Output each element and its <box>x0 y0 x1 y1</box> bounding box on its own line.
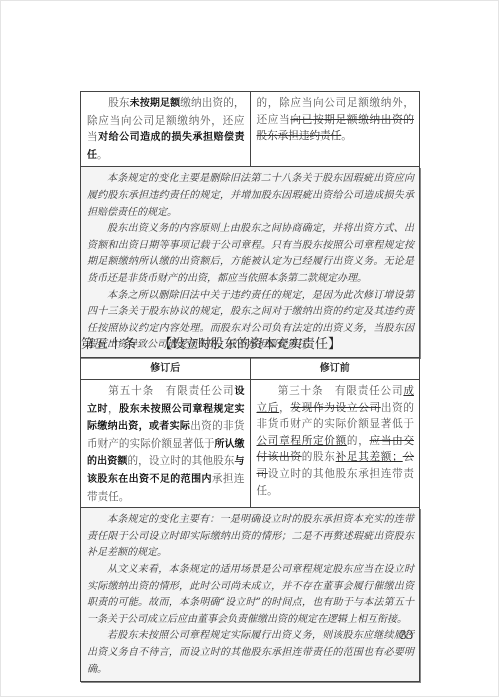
text-run: 第五十条 有限责任公司 <box>108 385 234 397</box>
commentary-box: 本条规定的变化主要是删除旧法第二十八条关于股东因瑕疵出资应向履约股东承担违约责任… <box>80 167 420 358</box>
article-continued-block: 股东未按期足额缴纳出资的，除应当向公司足额缴纳外，还应当对给公司造成的损失承担赔… <box>80 91 420 358</box>
commentary-paragraph: 从文义来看，本条规定的适用场景是公司章程规定股东应当在设立时实际缴纳出资的情形，… <box>87 562 414 628</box>
text-run: 。 <box>341 130 352 142</box>
article-50-block: 修订后 修订前 第五十条 有限责任公司设立时，股东未按照公司章程规定实际缴纳出资… <box>80 357 420 682</box>
comparison-table: 修订后 修订前 第五十条 有限责任公司设立时，股东未按照公司章程规定实际缴纳出资… <box>80 357 420 508</box>
added-text: 未按期足额 <box>130 98 181 109</box>
changed-text: 补足其差额； <box>336 451 403 463</box>
added-text: 对给公司造成的损失承担赔偿责任 <box>87 132 245 161</box>
text-run: ， <box>108 403 119 415</box>
text-run: 股东 <box>108 97 129 109</box>
text-run: 第三十条 有限责任公司 <box>278 385 404 397</box>
text-run: 设立时的其他股东承担连带责任。 <box>257 468 415 497</box>
revised-text-cell: 股东未按期足额缴纳出资的，除应当向公司足额缴纳外，还应当对给公司造成的损失承担赔… <box>81 92 251 167</box>
page-number: 33 <box>400 627 413 643</box>
table-header-row: 修订后 修订前 <box>81 358 420 380</box>
text-run: 的股东 <box>302 451 336 463</box>
commentary-paragraph: 本条规定的变化主要有：一是明确设立时的股东承担资本充实的连带责任限于公司设立时即… <box>87 512 414 562</box>
commentary-paragraph: 本条规定的变化主要是删除旧法第二十八条关于股东因瑕疵出资应向履约股东承担违约责任… <box>87 171 414 221</box>
column-header-revised: 修订后 <box>81 358 251 380</box>
text-run: 的，设立时的其他股东 <box>127 455 234 467</box>
table-row: 第五十条 有限责任公司设立时，股东未按照公司章程规定实际缴纳出资，或者实际出资的… <box>81 380 420 508</box>
article-number: 第五十条 <box>81 337 137 352</box>
table-row: 股东未按期足额缴纳出资的，除应当向公司足额缴纳外，还应当对给公司造成的损失承担赔… <box>81 92 420 167</box>
article-heading: 第五十条【设立时股东的资本充实责任】 <box>81 333 341 352</box>
text-run: 。 <box>97 149 108 161</box>
original-text-cell: 第三十条 有限责任公司成立后，发现作为设立公司出资的非货币财产的实际价额显著低于… <box>250 380 420 508</box>
original-text-cell: 的，除应当向公司足额缴纳外，还应当向已按期足额缴纳出资的股东承担违约责任。 <box>250 92 420 167</box>
changed-text: 公司章程所定价额 <box>257 435 347 447</box>
column-header-original: 修订前 <box>250 358 420 380</box>
deleted-text: 发现作为设立公司 <box>290 402 380 414</box>
text-run: 的， <box>347 435 370 447</box>
commentary-paragraph: 若股东未按照公司章程规定实际履行出资义务，则该股东应继续履行出资义务自不待言，而… <box>87 628 414 678</box>
text-run: ， <box>279 402 290 414</box>
commentary-paragraph: 股东出资义务的内容原则上由股东之间协商确定，并将出资方式、出资额和出资日期等事项… <box>87 221 414 287</box>
commentary-box: 本条规定的变化主要有：一是明确设立时的股东承担资本充实的连带责任限于公司设立时即… <box>80 508 420 682</box>
article-title: 【设立时股东的资本充实责任】 <box>159 337 341 352</box>
comparison-table-continued: 股东未按期足额缴纳出资的，除应当向公司足额缴纳外，还应当对给公司造成的损失承担赔… <box>80 91 420 167</box>
revised-text-cell: 第五十条 有限责任公司设立时，股东未按照公司章程规定实际缴纳出资，或者实际出资的… <box>81 380 251 508</box>
